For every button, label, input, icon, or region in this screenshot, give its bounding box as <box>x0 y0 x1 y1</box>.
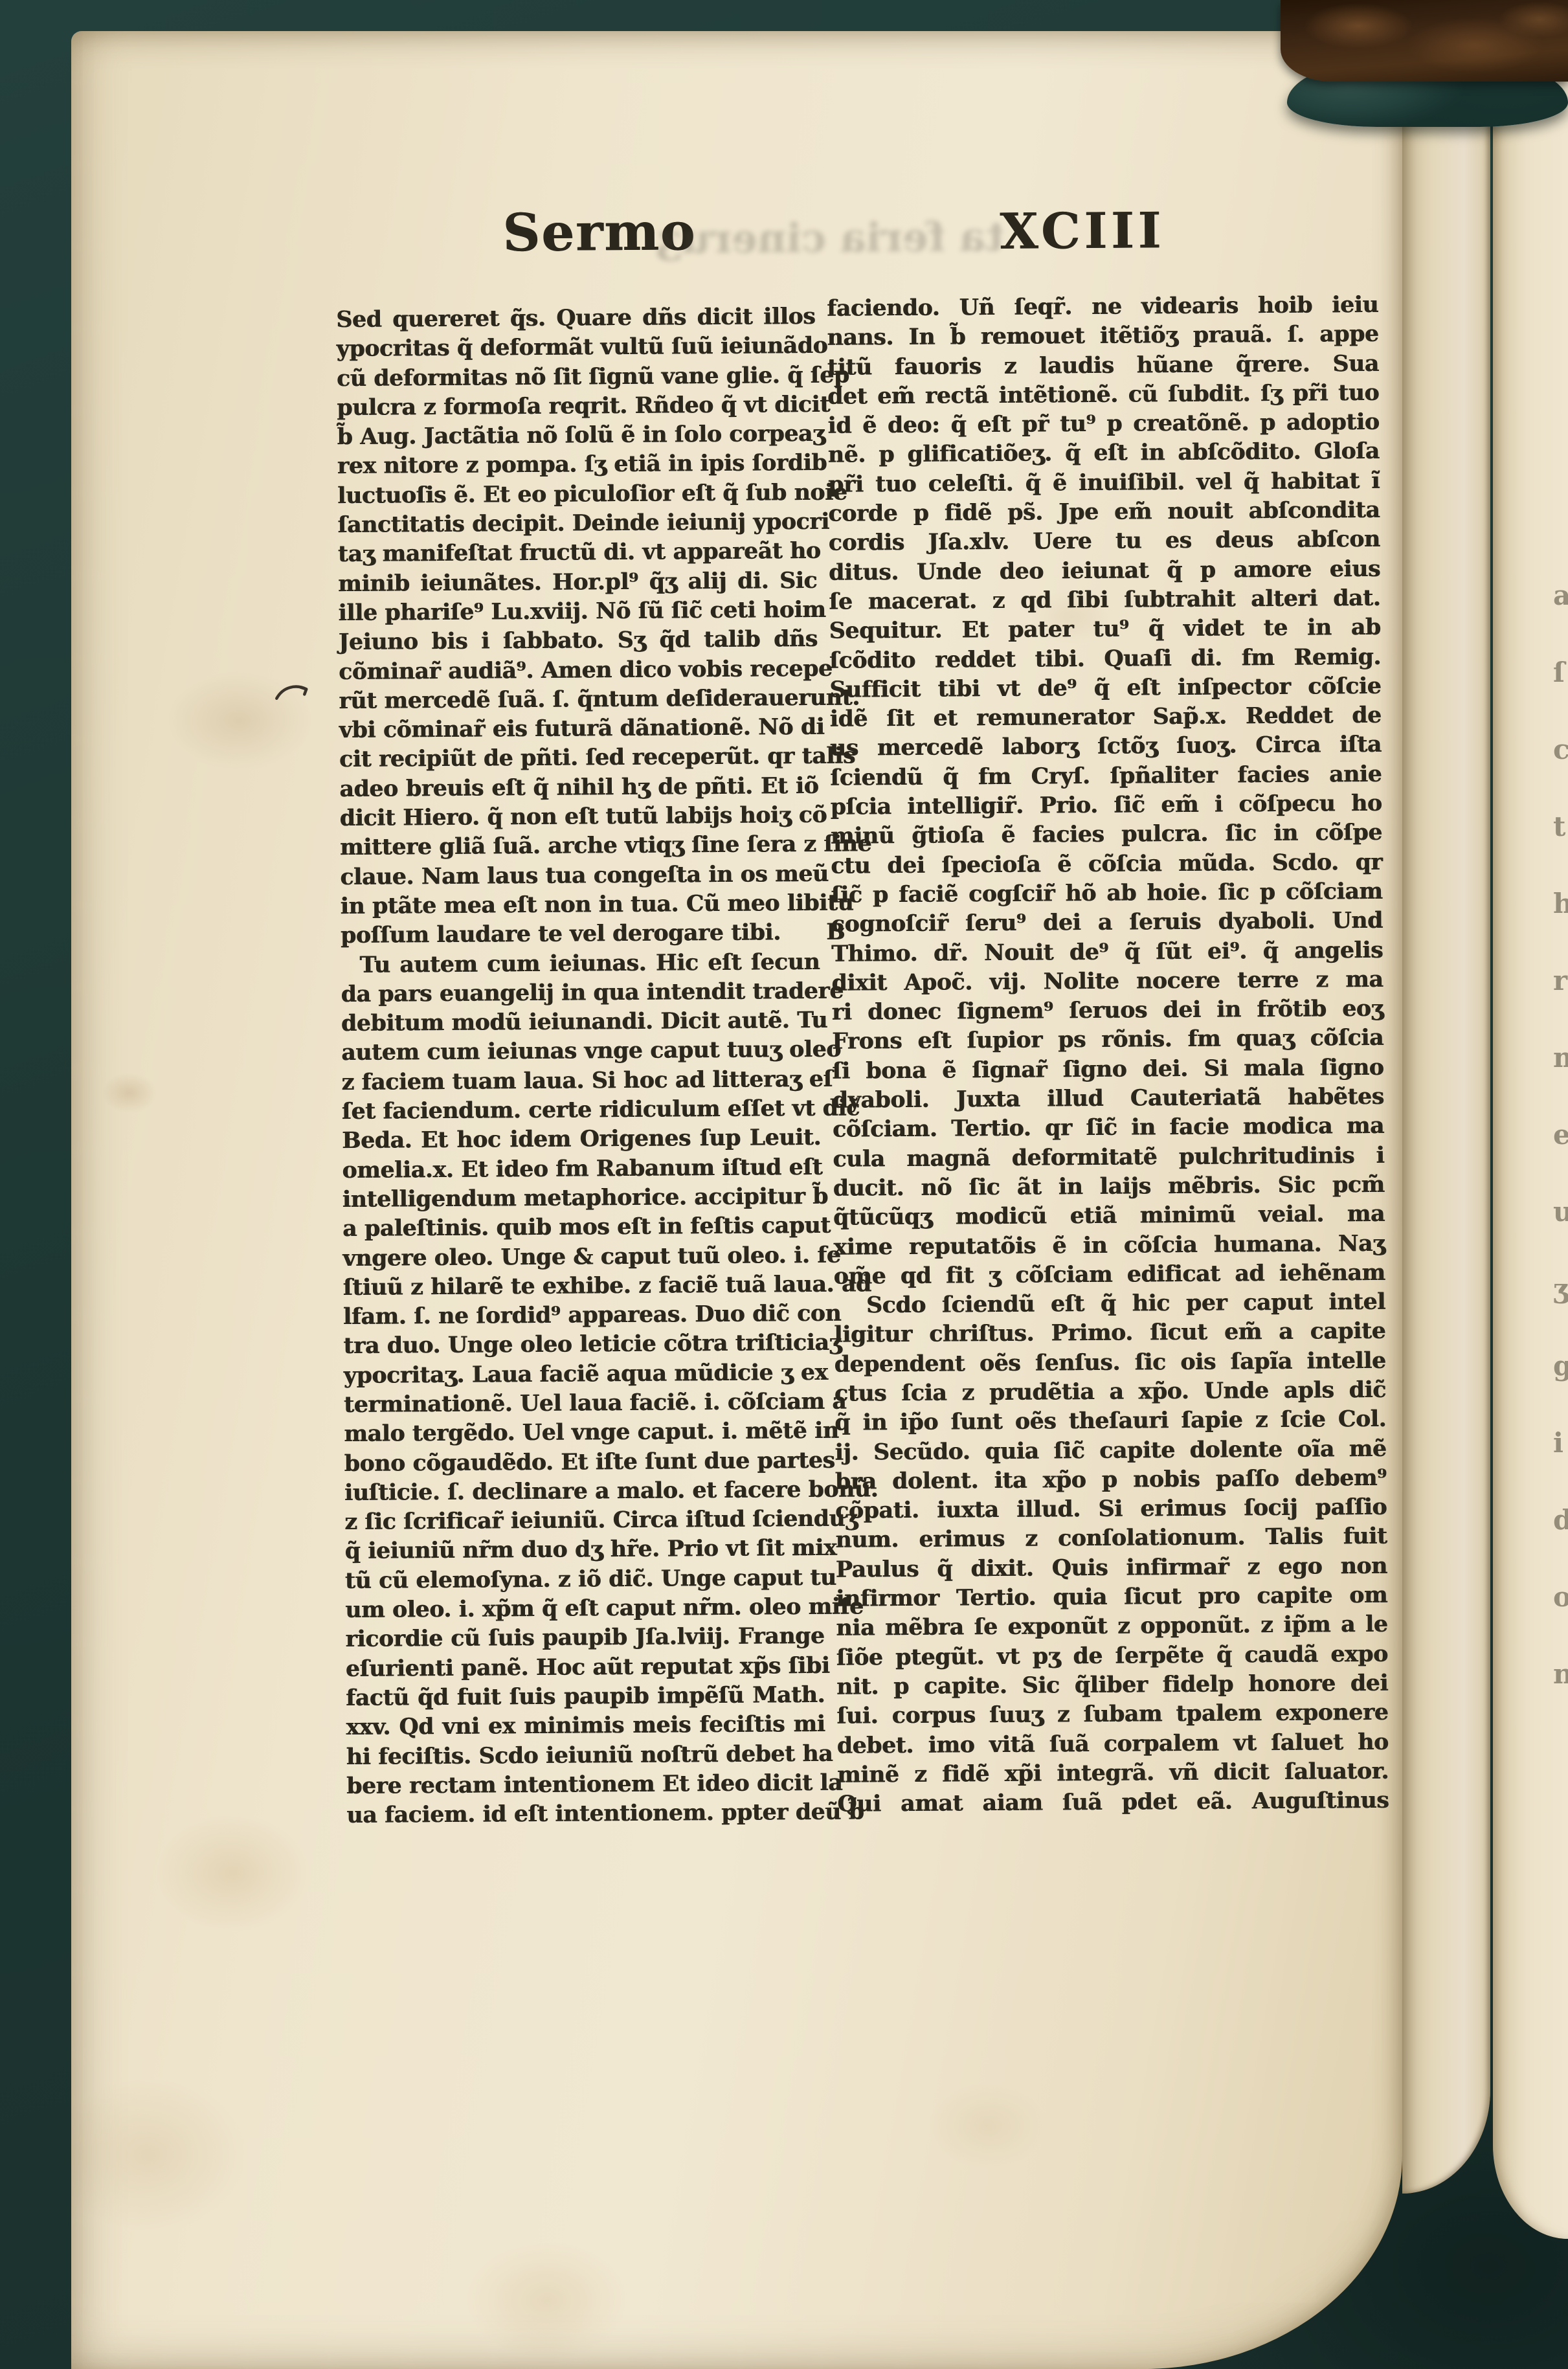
text-line: Paulus q̃ dixit. Quis infirmar̃ z ego no… <box>836 1552 1387 1585</box>
text-line: ri donec ſignem⁹ ſeruos dei in frõtib eo… <box>832 994 1383 1027</box>
clipped-letter: a <box>1553 557 1568 634</box>
text-line: ditus. Unde deo ieiunat q̃ p amore eius <box>829 555 1380 588</box>
text-line: ſanctitatis decipit. Deinde ieiunij ypoc… <box>337 508 816 540</box>
text-line: hi feciſtis. Scdo ieiuniũ noſtrũ debet h… <box>346 1739 825 1771</box>
text-line: ctu dei ſpecioſa ẽ cõſcia mũda. Scdo. qr <box>831 848 1382 881</box>
text-line: intelligendum metaphorice. accipitur b̃ <box>342 1182 822 1215</box>
clipped-letter: h <box>1553 865 1568 942</box>
text-line: ſui. corpus ſuuʒ z ſubam tpalem exponere <box>836 1698 1388 1731</box>
text-line: om̃e qd fit ʒ cõſciam edificat ad iehẽna… <box>833 1259 1385 1292</box>
text-line: ſtiuũ z hilarẽ te exhibe. z faciẽ tuã la… <box>343 1270 822 1303</box>
clipped-letter: d <box>1553 1481 1568 1558</box>
page-stack-edge-near <box>1402 75 1490 2194</box>
text-line: faciendo. Uñ ſeqr̃. ne videaris hoib iei… <box>827 291 1378 324</box>
text-line: us mercedẽ laborʒ ſctõʒ ſuoʒ. Circa iſta <box>830 730 1382 763</box>
sermon-number: XCIII <box>1000 201 1165 260</box>
clipped-letter: r <box>1553 942 1568 1019</box>
text-line: z ſic ſcrificar̃ ieiuniũ. Circa iſtud ſc… <box>344 1505 823 1537</box>
text-line: cit recipiũt de pñti. ſed receperũt. qr … <box>339 742 818 774</box>
text-line: vbi cõminar̃ eis futurã dãnationẽ. Nõ di <box>339 713 818 745</box>
text-line: ypocritaʒ. Laua faciẽ aqua mũdicie ʒ ex <box>343 1358 822 1391</box>
text-line: debitum modũ ieiunandi. Dicit autẽ. Tu <box>341 1006 820 1039</box>
clipped-letter: n <box>1553 1635 1568 1712</box>
text-line: ſcõdito reddet tibi. Quaſi di. fm Remig. <box>829 642 1381 675</box>
text-line: debet. imo vitã ſuã corpalem vt ſaluet h… <box>836 1727 1388 1760</box>
text-line: Sequitur. Et pater tu⁹ q̃ videt te in ab <box>829 613 1380 646</box>
text-line: z faciem tuam laua. Si hoc ad litteraʒ e… <box>341 1065 820 1097</box>
text-line: ſe macerat. z qd ſibi ſubtrahit alteri d… <box>829 584 1380 617</box>
bleed-through-ghost-text: ta feria cineruʒ <box>699 213 1003 262</box>
clipped-letter: i <box>1553 1404 1568 1481</box>
text-line: adeo breuis eſt q̃ nihil hʒ de pñti. Et … <box>339 772 818 804</box>
text-line: ſic̃ p faciẽ cogſcir̃ hõ ab hoie. ſic p … <box>831 877 1382 910</box>
text-line: cõpati. iuxta illud. Si erimus ſocij paſ… <box>835 1493 1387 1526</box>
text-line: det em̃ rectã intẽtionẽ. cũ ſubdit. ſʒ p… <box>827 379 1379 412</box>
text-line: cordis Jſa.xlv. Uere tu es deus abſcon <box>829 525 1380 558</box>
text-line: dicit Hiero. q̃ non eſt tutũ labijs hoiʒ… <box>339 801 818 833</box>
text-line: nit. p capite. Sic q̃liber fidelp honore… <box>836 1669 1388 1702</box>
text-line: factũ q̃d fuit ſuis paupib impẽſũ Math. <box>346 1681 825 1713</box>
text-line: ua faciem. id eſt intentionem. ppter deũ… <box>346 1798 825 1830</box>
text-line: infirmor Tertio. quia ſicut pro capite o… <box>836 1581 1387 1614</box>
text-line: cognoſcir̃ ſeru⁹ dei a ſeruis dyaboli. U… <box>831 906 1383 939</box>
text-line: bere rectam intentionem Et ideo dicit la <box>346 1769 825 1801</box>
text-line: ricordie cũ ſuis paupib Jſa.lviij. Frang… <box>345 1622 824 1654</box>
text-line: Frons eſt ſupior ps rõnis. fm quaʒ cõſci… <box>832 1024 1383 1057</box>
text-column-left: Sed quereret q̃s. Quare dñs dicit illosy… <box>336 302 825 1831</box>
clipped-letter: g <box>1553 1327 1568 1404</box>
text-line: da pars euangelij in qua intendit trader… <box>341 977 820 1009</box>
text-line: um oleo. i. xp̃m q̃ eſt caput nr̃m. oleo… <box>345 1593 824 1625</box>
text-line: idẽ ſit et remunerator Sap̃.x. Reddet de <box>829 701 1381 734</box>
text-line: ducit. nõ ſic ãt in laijs mẽbris. Sic pc… <box>833 1171 1384 1204</box>
text-line: titũ fauoris z laudis hũane q̃rere. Sua <box>827 349 1379 382</box>
clipped-letter: o <box>1553 1558 1568 1635</box>
text-line: dixit Apoc̃. vij. Nolite nocere terre z … <box>831 965 1383 998</box>
text-line: nans. In b̃ remouet itẽtiõʒ prauã. ſ. ap… <box>827 320 1378 353</box>
text-line: Sed quereret q̃s. Quare dñs dicit illos <box>336 302 815 335</box>
text-line: q̃tũcũqʒ modicũ etiã minimũ veial. ma <box>833 1200 1385 1233</box>
text-line: nẽ. p glificatiõeʒ. q̃ eſt in abſcõdito.… <box>828 437 1380 470</box>
text-line: ypocritas q̃ deformãt vultũ ſuũ ieiunãdo <box>336 331 815 364</box>
text-line: iuſticie. ſ. declinare a malo. et facere… <box>344 1476 823 1508</box>
text-line: minẽ z fidẽ xp̃i integrã. vñ dicit ſalua… <box>837 1757 1389 1790</box>
text-line: ſciendũ q̃ fm Cryſ. ſpñaliter facies ani… <box>830 760 1382 793</box>
printed-content: Sermo ta feria cineruʒ XCIII Sed querere… <box>63 27 1411 2369</box>
text-line: ctus ſcia z prudẽtia a xp̃o. Unde apls d… <box>834 1376 1386 1409</box>
text-column-right: faciendo. Uñ ſeqr̃. ne videaris hoib iei… <box>827 291 1389 1819</box>
text-line: terminationẽ. Uel laua faciẽ. i. cõſciam… <box>344 1387 823 1420</box>
text-line: luctuoſis ẽ. Et eo piculoſior eſt q̃ ſub… <box>337 478 816 511</box>
clipped-letter: ſ <box>1553 634 1568 711</box>
text-line: malo tergẽdo. Uel vnge caput. i. mẽtẽ in <box>344 1417 823 1449</box>
clipped-letter: u <box>1553 1173 1568 1250</box>
text-line: ille phariſe⁹ Lu.xviij. Nõ ſũ ſic̃ ceti … <box>338 596 817 628</box>
text-line: bono cõgaudẽdo. Et iſte ſunt due partes <box>344 1446 823 1478</box>
text-line: ſet faciendum. certe ridiculum eſſet vt … <box>342 1094 821 1127</box>
text-line: cula magnã deformitatẽ pulchritudinis i <box>833 1141 1384 1174</box>
text-line: dependent oẽs ſenſus. ſic ois ſapĩa inte… <box>834 1347 1385 1380</box>
text-line: nia mẽbra ſe exponũt z opponũt. z ip̃m a… <box>836 1610 1387 1643</box>
text-line: cõſciam. Tertio. qr ſic̃ in facie modica… <box>833 1112 1384 1145</box>
text-line: mittere gliã ſuã. arche vtiqʒ ſine ſera … <box>340 830 819 862</box>
text-line: minib ieiunãtes. Hor.pl⁹ q̃ʒ alij di. Si… <box>338 567 817 599</box>
text-line: pr̃i tuo celeſti. q̃ ẽ inuiſibil. vel q̃… <box>828 467 1380 500</box>
text-line: pulcra z formoſa reqrit. Rñdeo q̃ vt dic… <box>337 390 816 423</box>
text-line: Beda. Et hoc idem Origenes ſup Leuit. <box>342 1123 821 1156</box>
text-line: id ẽ deo: q̃ eſt pr̃ tu⁹ p creatõnẽ. p a… <box>827 408 1379 441</box>
clipped-letter: m <box>1553 1019 1568 1096</box>
text-line: poſſum laudare te vel derogare tibi. B <box>341 918 820 950</box>
text-line: pſcia intelligir̃. Prio. ſic̃ em̃ i cõſp… <box>830 789 1382 822</box>
text-line: Thimo. dr̃. Nouit de⁹ q̃ ſũt ei⁹. q̃ ang… <box>831 936 1383 969</box>
text-line: eſurienti panẽ. Hoc aũt reputat xp̃s ſib… <box>346 1652 825 1684</box>
text-line: bra dolent. ita xp̃o p nobis paſſo debem… <box>835 1464 1387 1497</box>
text-line: lfam. ſ. ne ſordid⁹ appareas. Duo dic̃ c… <box>343 1299 822 1332</box>
text-line: rex nitore z pompa. ſʒ etiã in ipis ſord… <box>337 449 816 481</box>
text-line: xime reputatõis ẽ in cõſcia humana. Naʒ <box>833 1229 1385 1262</box>
clipped-text-sliver: aſcthrmeuʒgidon <box>1547 557 1568 1716</box>
margin-pen-mark <box>274 681 311 704</box>
text-line: dyaboli. Juxta illud Cauteriatã habẽtes <box>833 1083 1384 1116</box>
text-line: cũ deformitas nõ ſit ſignũ vane glie. q̃… <box>337 361 816 394</box>
text-line: omelia.x. Et ideo fm Rabanum iſtud eſt <box>342 1153 821 1185</box>
text-line: num. erimus z conſolationum. Talis fuit <box>835 1522 1387 1555</box>
text-line: ij. Secũdo. quia ſic̃ capite dolente oĩa… <box>834 1434 1386 1467</box>
text-line: Jeiuno bis i ſabbato. Sʒ q̃d talib dñs <box>339 625 818 657</box>
text-line: Sufficit tibi vt de⁹ q̃ eſt inſpector cõ… <box>829 672 1381 705</box>
text-line: cõminar̃ audiã⁹. Amen dico vobis recepe <box>339 654 818 686</box>
text-line: ſi bona ẽ ſignar̃ ſigno dei. Si mala ſig… <box>832 1053 1383 1086</box>
text-line: xxv. Qd vni ex minimis meis feciſtis mi <box>346 1710 825 1742</box>
clipped-letter: c <box>1553 711 1568 788</box>
text-line: Qui amat aiam ſuã pdet eã. Auguſtinus <box>837 1786 1389 1819</box>
text-line: claue. Nam laus tua congeſta in os meũ <box>340 860 819 892</box>
text-line: vngere oleo. Unge & caput tuũ oleo. i. f… <box>342 1241 822 1273</box>
text-line: Tu autem cum ieiunas. Hic eſt ſecun <box>341 947 820 980</box>
text-line: in ptãte mea eſt non in tua. Cũ meo libi… <box>340 889 819 921</box>
text-line: tũ cũ elemoſyna. z iõ dic̃. Unge caput t… <box>345 1564 824 1596</box>
text-line: a paleſtinis. quib mos eſt in feſtis cap… <box>342 1211 822 1244</box>
text-line: b̃ Aug. Jactãtia nõ ſolũ ẽ in ſolo corpe… <box>337 420 816 452</box>
text-line: minũ g̃tioſa ẽ facies pulcra. ſic in cõſ… <box>831 818 1382 851</box>
text-line: taʒ manifeſtat fructũ di. vt appareãt ho <box>338 537 817 569</box>
text-line: q̃ ieiuniũ nr̃m duo dʒ hr̃e. Prio vt ſit… <box>344 1534 823 1566</box>
text-line: rũt mercedẽ ſuã. ſ. q̃ntum deſiderauerun… <box>339 684 818 716</box>
text-line: tra duo. Unge oleo leticie cõtra triſtic… <box>343 1329 822 1361</box>
text-line: Scdo ſciendũ eſt q̃ hic per caput intel <box>834 1288 1385 1321</box>
clipped-letter: t <box>1553 788 1568 865</box>
text-line: corde p fidẽ ps̃. Jpe em̃ nouit abſcondi… <box>828 496 1380 529</box>
text-line: autem cum ieiunas vnge caput tuuʒ oleo <box>341 1035 820 1068</box>
clipped-letter: e <box>1553 1096 1568 1173</box>
text-line: q̃ in ip̃o ſunt oẽs theſauri ſapie z ſci… <box>834 1405 1386 1438</box>
text-line: ſiõe ptegũt. vt pʒ de ſerpẽte q̃ caudã e… <box>836 1639 1388 1672</box>
clipped-letter: ʒ <box>1553 1250 1568 1327</box>
text-line: ligitur chriſtus. Primo. ſicut em̃ a cap… <box>834 1317 1385 1350</box>
